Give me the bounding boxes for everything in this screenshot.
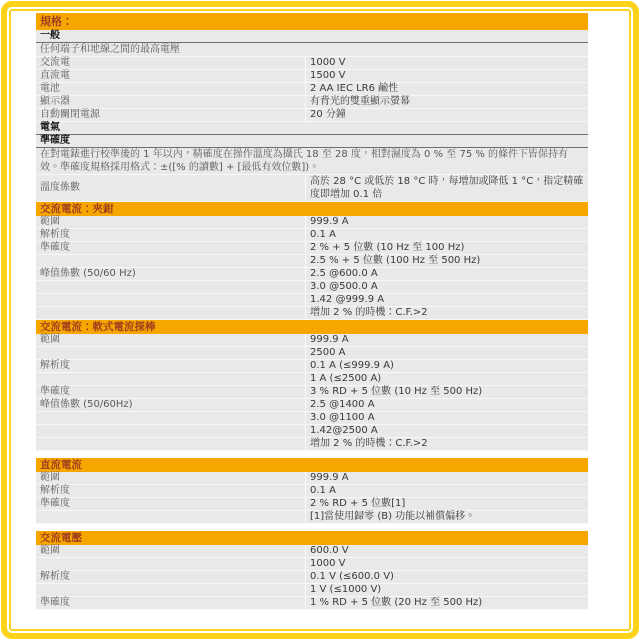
spec-row: 範圍600.0 V <box>36 545 588 558</box>
spec-section: 交流電流：軟式電流探棒範圍999.9 A 2500 A解析度0.1 A (≤99… <box>36 320 588 451</box>
spec-row: 1 V (≤1000 V) <box>36 584 588 597</box>
spec-value: 2.5 % + 5 位數 (100 Hz 至 500 Hz) <box>306 255 588 267</box>
spec-label <box>36 373 306 385</box>
spec-row: 3.0 @500.0 A <box>36 281 588 294</box>
spec-label: 自動關閉電源 <box>36 109 306 121</box>
spec-value: 1000 V <box>306 558 588 570</box>
spec-row: 2.5 % + 5 位數 (100 Hz 至 500 Hz) <box>36 255 588 268</box>
spec-row: 電池2 AA IEC LR6 鹼性 <box>36 83 588 96</box>
spec-row: 解析度0.1 V (≤600.0 V) <box>36 571 588 584</box>
spec-label: 峰值係數 (50/60Hz) <box>36 399 306 411</box>
spec-row: [1]當使用歸零 (B) 功能以補償偏移。 <box>36 511 588 524</box>
spec-row: 2500 A <box>36 347 588 360</box>
spec-value: 2 % + 5 位數 (10 Hz 至 100 Hz) <box>306 242 588 254</box>
spec-value: 2.5 @600.0 A <box>306 268 588 280</box>
spec-label <box>36 438 306 450</box>
spec-value: 3 % RD + 5 位數 (10 Hz 至 500 Hz) <box>306 386 588 398</box>
spec-label <box>36 412 306 424</box>
spec-label <box>36 294 306 306</box>
spec-label: 解析度 <box>36 571 306 583</box>
spec-row: 自動關閉電源20 分鐘 <box>36 109 588 122</box>
spec-value: 高於 28 °C 或低於 18 °C 時，每增加或降低 1 °C，指定精確度即增… <box>306 175 588 201</box>
spec-text-row: 在對電錶進行校準後的 1 年以內，精確度在操作溫度為攝氏 18 至 28 度，相… <box>36 148 588 175</box>
spec-value: 2500 A <box>306 347 588 359</box>
spec-value: 0.1 V (≤600.0 V) <box>306 571 588 583</box>
spec-label <box>36 584 306 596</box>
spec-label: 範圍 <box>36 472 306 484</box>
spec-value: 3.0 @1100 A <box>306 412 588 424</box>
spec-section: 交流電壓範圍600.0 V 1000 V解析度0.1 V (≤600.0 V) … <box>36 531 588 610</box>
spec-label <box>36 255 306 267</box>
spec-value: 增加 2 % 的時機：C.F.>2 <box>306 438 588 450</box>
spec-row: 解析度0.1 A (≤999.9 A) <box>36 360 588 373</box>
spec-label: 交流電 <box>36 57 306 69</box>
spec-row: 增加 2 % 的時機：C.F.>2 <box>36 307 588 320</box>
spec-row: 直流電1500 V <box>36 70 588 83</box>
spec-row: 1000 V <box>36 558 588 571</box>
spec-value: 有背光的雙重顯示螢幕 <box>306 96 588 108</box>
spec-label: 直流電 <box>36 70 306 82</box>
spec-value: 0.1 A <box>306 485 588 497</box>
spec-table: 規格：一般任何端子和地線之間的最高電壓交流電1000 V直流電1500 V電池2… <box>36 13 588 610</box>
spec-value: 999.9 A <box>306 334 588 346</box>
spec-label: 峰值係數 (50/60 Hz) <box>36 268 306 280</box>
spec-section: 直流電流範圍999.9 A解析度0.1 A準確度2 % RD + 5 位數[1]… <box>36 458 588 524</box>
spec-label: 電池 <box>36 83 306 95</box>
spec-row: 解析度0.1 A <box>36 229 588 242</box>
spec-text: 在對電錶進行校準後的 1 年以內，精確度在操作溫度為攝氏 18 至 28 度，相… <box>36 148 588 174</box>
spec-text-row: 任何端子和地線之間的最高電壓 <box>36 43 588 57</box>
spec-value: 2 AA IEC LR6 鹼性 <box>306 83 588 95</box>
spec-label: 溫度係數 <box>36 175 306 201</box>
spec-section: 規格：一般任何端子和地線之間的最高電壓交流電1000 V直流電1500 V電池2… <box>36 13 588 202</box>
spec-label: 準確度 <box>36 597 306 609</box>
spec-row: 1 A (≤2500 A) <box>36 373 588 386</box>
spec-row: 1.42@2500 A <box>36 425 588 438</box>
spec-value: 1 % RD + 5 位數 (20 Hz 至 500 Hz) <box>306 597 588 609</box>
spec-text: 任何端子和地線之間的最高電壓 <box>36 43 588 56</box>
spec-subheader-row: 準確度 <box>36 135 588 148</box>
spec-row: 範圍999.9 A <box>36 334 588 347</box>
spec-label: 準確度 <box>36 498 306 510</box>
spec-value: 1.42 @999.9 A <box>306 294 588 306</box>
spec-row: 範圍999.9 A <box>36 216 588 229</box>
spec-label <box>36 281 306 293</box>
spec-value: 增加 2 % 的時機：C.F.>2 <box>306 307 588 319</box>
spec-row: 峰值係數 (50/60 Hz)2.5 @600.0 A <box>36 268 588 281</box>
spec-value: [1]當使用歸零 (B) 功能以補償偏移。 <box>306 511 588 523</box>
spec-subheader-label: 電氣 <box>36 122 588 134</box>
spec-row: 3.0 @1100 A <box>36 412 588 425</box>
spec-value: 1.42@2500 A <box>306 425 588 437</box>
spec-row: 1.42 @999.9 A <box>36 294 588 307</box>
spec-row: 準確度1 % RD + 5 位數 (20 Hz 至 500 Hz) <box>36 597 588 610</box>
spec-label: 解析度 <box>36 360 306 372</box>
spec-row: 解析度0.1 A <box>36 485 588 498</box>
spec-label <box>36 307 306 319</box>
spec-label: 解析度 <box>36 485 306 497</box>
spec-label <box>36 347 306 359</box>
spec-value: 1500 V <box>306 70 588 82</box>
spec-label: 準確度 <box>36 386 306 398</box>
spec-row: 準確度3 % RD + 5 位數 (10 Hz 至 500 Hz) <box>36 386 588 399</box>
spec-subheader-row: 一般 <box>36 30 588 43</box>
spec-value: 3.0 @500.0 A <box>306 281 588 293</box>
spec-label <box>36 511 306 523</box>
spec-subheader-label: 準確度 <box>36 135 588 147</box>
spec-row: 準確度2 % + 5 位數 (10 Hz 至 100 Hz) <box>36 242 588 255</box>
spec-value: 999.9 A <box>306 216 588 228</box>
spec-subheader-row: 電氣 <box>36 122 588 135</box>
spec-value: 2.5 @1400 A <box>306 399 588 411</box>
spec-value: 999.9 A <box>306 472 588 484</box>
spec-label: 範圍 <box>36 334 306 346</box>
spec-label: 準確度 <box>36 242 306 254</box>
spec-row: 溫度係數高於 28 °C 或低於 18 °C 時，每增加或降低 1 °C，指定精… <box>36 175 588 202</box>
section-header: 規格： <box>36 13 588 30</box>
spec-value: 1 A (≤2500 A) <box>306 373 588 385</box>
spec-value: 600.0 V <box>306 545 588 557</box>
spec-row: 交流電1000 V <box>36 57 588 70</box>
spec-row: 增加 2 % 的時機：C.F.>2 <box>36 438 588 451</box>
section-header: 交流電流：夾鉗 <box>36 202 588 216</box>
spec-label: 解析度 <box>36 229 306 241</box>
spec-label: 範圍 <box>36 216 306 228</box>
spec-row: 顯示器有背光的雙重顯示螢幕 <box>36 96 588 109</box>
spec-row: 峰值係數 (50/60Hz)2.5 @1400 A <box>36 399 588 412</box>
spec-value: 1000 V <box>306 57 588 69</box>
section-header: 交流電流：軟式電流探棒 <box>36 320 588 334</box>
spec-value: 0.1 A <box>306 229 588 241</box>
spec-section: 交流電流：夾鉗範圍999.9 A解析度0.1 A準確度2 % + 5 位數 (1… <box>36 202 588 320</box>
spec-label: 顯示器 <box>36 96 306 108</box>
spec-row: 準確度2 % RD + 5 位數[1] <box>36 498 588 511</box>
spec-value: 2 % RD + 5 位數[1] <box>306 498 588 510</box>
page: 規格：一般任何端子和地線之間的最高電壓交流電1000 V直流電1500 V電池2… <box>0 0 640 640</box>
spec-value: 1 V (≤1000 V) <box>306 584 588 596</box>
spec-subheader-label: 一般 <box>36 30 588 42</box>
section-header: 交流電壓 <box>36 531 588 545</box>
spec-value: 0.1 A (≤999.9 A) <box>306 360 588 372</box>
spec-label <box>36 558 306 570</box>
spec-value: 20 分鐘 <box>306 109 588 121</box>
section-header: 直流電流 <box>36 458 588 472</box>
spec-row: 範圍999.9 A <box>36 472 588 485</box>
spec-label: 範圍 <box>36 545 306 557</box>
spec-label <box>36 425 306 437</box>
